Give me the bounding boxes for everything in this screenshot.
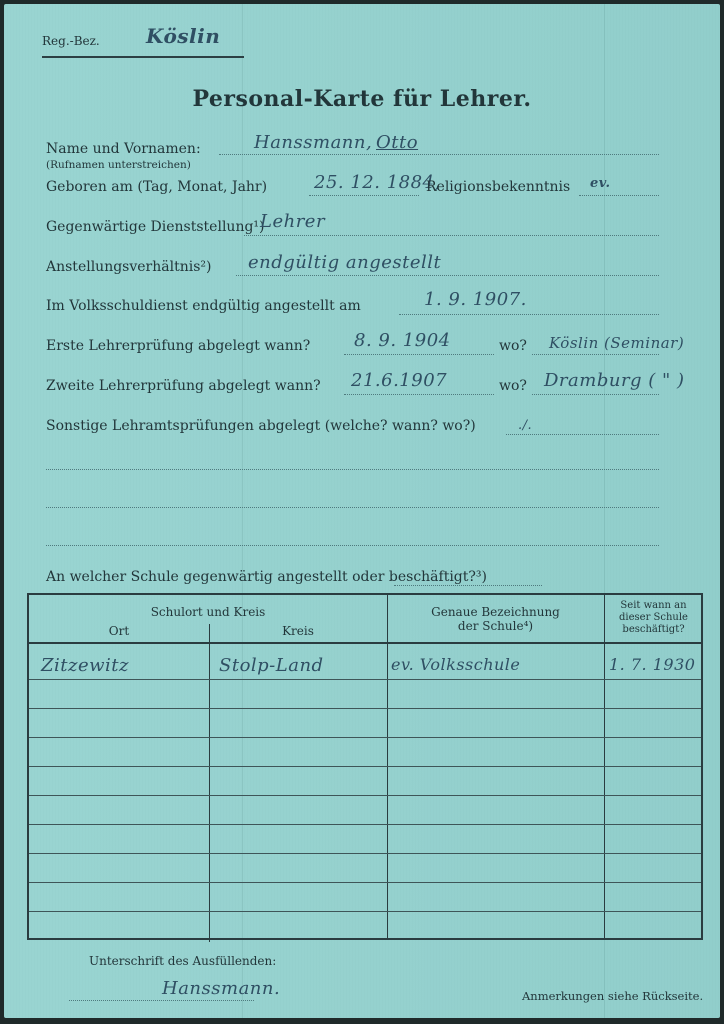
birthdate-label: Geboren am (Tag, Monat, Jahr): [46, 179, 267, 195]
dotted-line: [46, 507, 659, 508]
reg-bez-label: Reg.-Bez.: [42, 34, 100, 48]
dotted-line: [399, 314, 659, 315]
table-row-schule: ev. Volksschule: [391, 655, 520, 674]
page-title: Personal-Karte für Lehrer.: [4, 86, 720, 112]
header-schule-line1: Genaue Bezeichnung: [387, 606, 604, 619]
row-divider: [29, 824, 701, 825]
row-divider: [29, 853, 701, 854]
row-divider: [29, 737, 701, 738]
dotted-line: [219, 154, 659, 155]
header-seit-line1: Seit wann an: [604, 600, 703, 612]
dotted-line: [244, 235, 659, 236]
school-table: Schulort und Kreis Ort Kreis Genaue Beze…: [27, 593, 703, 940]
row-divider: [29, 708, 701, 709]
surname-value: Hanssmann,: [254, 132, 372, 153]
school-question-label: An welcher Schule gegenwärtig angestellt…: [46, 569, 487, 585]
appointed-label: Im Volksschuldienst endgültig angestellt…: [46, 298, 361, 314]
first-exam-where-label: wo?: [499, 338, 527, 354]
table-row-ort: Zitzewitz: [41, 655, 129, 676]
header-seit-line2: dieser Schule: [604, 612, 703, 624]
table-row-kreis: Stolp-Land: [219, 655, 324, 676]
row-divider: [29, 766, 701, 767]
table-row-seit: 1. 7. 1930: [609, 655, 695, 674]
first-exam-where-value: Köslin (Seminar): [549, 334, 684, 352]
name-label: Name und Vornamen:: [46, 141, 201, 157]
dotted-line: [309, 195, 419, 196]
dotted-line: [236, 275, 659, 276]
header-schule-line2: der Schule⁴): [387, 620, 604, 633]
header-kreis: Kreis: [209, 625, 387, 638]
other-exams-value: ./.: [518, 418, 532, 433]
header-divider: [29, 642, 701, 644]
row-divider: [29, 882, 701, 883]
second-exam-date: 21.6.1907: [351, 370, 447, 391]
first-exam-date: 8. 9. 1904: [354, 330, 451, 351]
birthdate-value: 25. 12. 1884,: [314, 172, 441, 193]
dotted-line: [506, 434, 659, 435]
signature-value: Hanssmann.: [162, 978, 280, 999]
header-ort: Ort: [29, 625, 209, 638]
reg-bez-underline: [42, 56, 244, 58]
other-exams-label: Sonstige Lehramtsprüfungen abgelegt (wel…: [46, 418, 476, 434]
reg-bez-value: Köslin: [146, 24, 220, 48]
dotted-line: [532, 394, 659, 395]
position-value: Lehrer: [260, 211, 325, 232]
row-divider: [29, 679, 701, 680]
dotted-line: [579, 195, 659, 196]
position-label: Gegenwärtige Dienststellung¹): [46, 219, 265, 235]
firstname-value: Otto: [376, 132, 418, 153]
employment-value: endgültig angestellt: [248, 252, 441, 273]
name-sublabel: (Rufnamen unterstreichen): [46, 159, 191, 171]
dotted-line: [532, 354, 659, 355]
dotted-line: [344, 354, 494, 355]
appointed-value: 1. 9. 1907.: [424, 289, 527, 310]
column-divider: [209, 624, 210, 942]
dotted-line: [394, 585, 542, 586]
header-seit-line3: beschäftigt?: [604, 624, 703, 636]
footnote-reference: Anmerkungen siehe Rückseite.: [522, 989, 703, 1003]
employment-label: Anstellungsverhältnis²): [46, 259, 211, 275]
dotted-line: [344, 394, 494, 395]
first-exam-label: Erste Lehrerprüfung abgelegt wann?: [46, 338, 310, 354]
religion-value: ev.: [590, 176, 611, 191]
signature-line: [69, 1000, 254, 1001]
second-exam-where-value: Dramburg ( " ): [544, 370, 685, 391]
signature-label: Unterschrift des Ausfüllenden:: [89, 954, 276, 968]
second-exam-label: Zweite Lehrerprüfung abgelegt wann?: [46, 378, 321, 394]
second-exam-where-label: wo?: [499, 378, 527, 394]
row-divider: [29, 911, 701, 912]
dotted-line: [46, 545, 659, 546]
personal-card: Reg.-Bez. Köslin Personal-Karte für Lehr…: [4, 4, 720, 1018]
row-divider: [29, 795, 701, 796]
dotted-line: [46, 469, 659, 470]
religion-label: Religionsbekenntnis: [426, 179, 570, 195]
header-group-schulort: Schulort und Kreis: [29, 606, 387, 619]
